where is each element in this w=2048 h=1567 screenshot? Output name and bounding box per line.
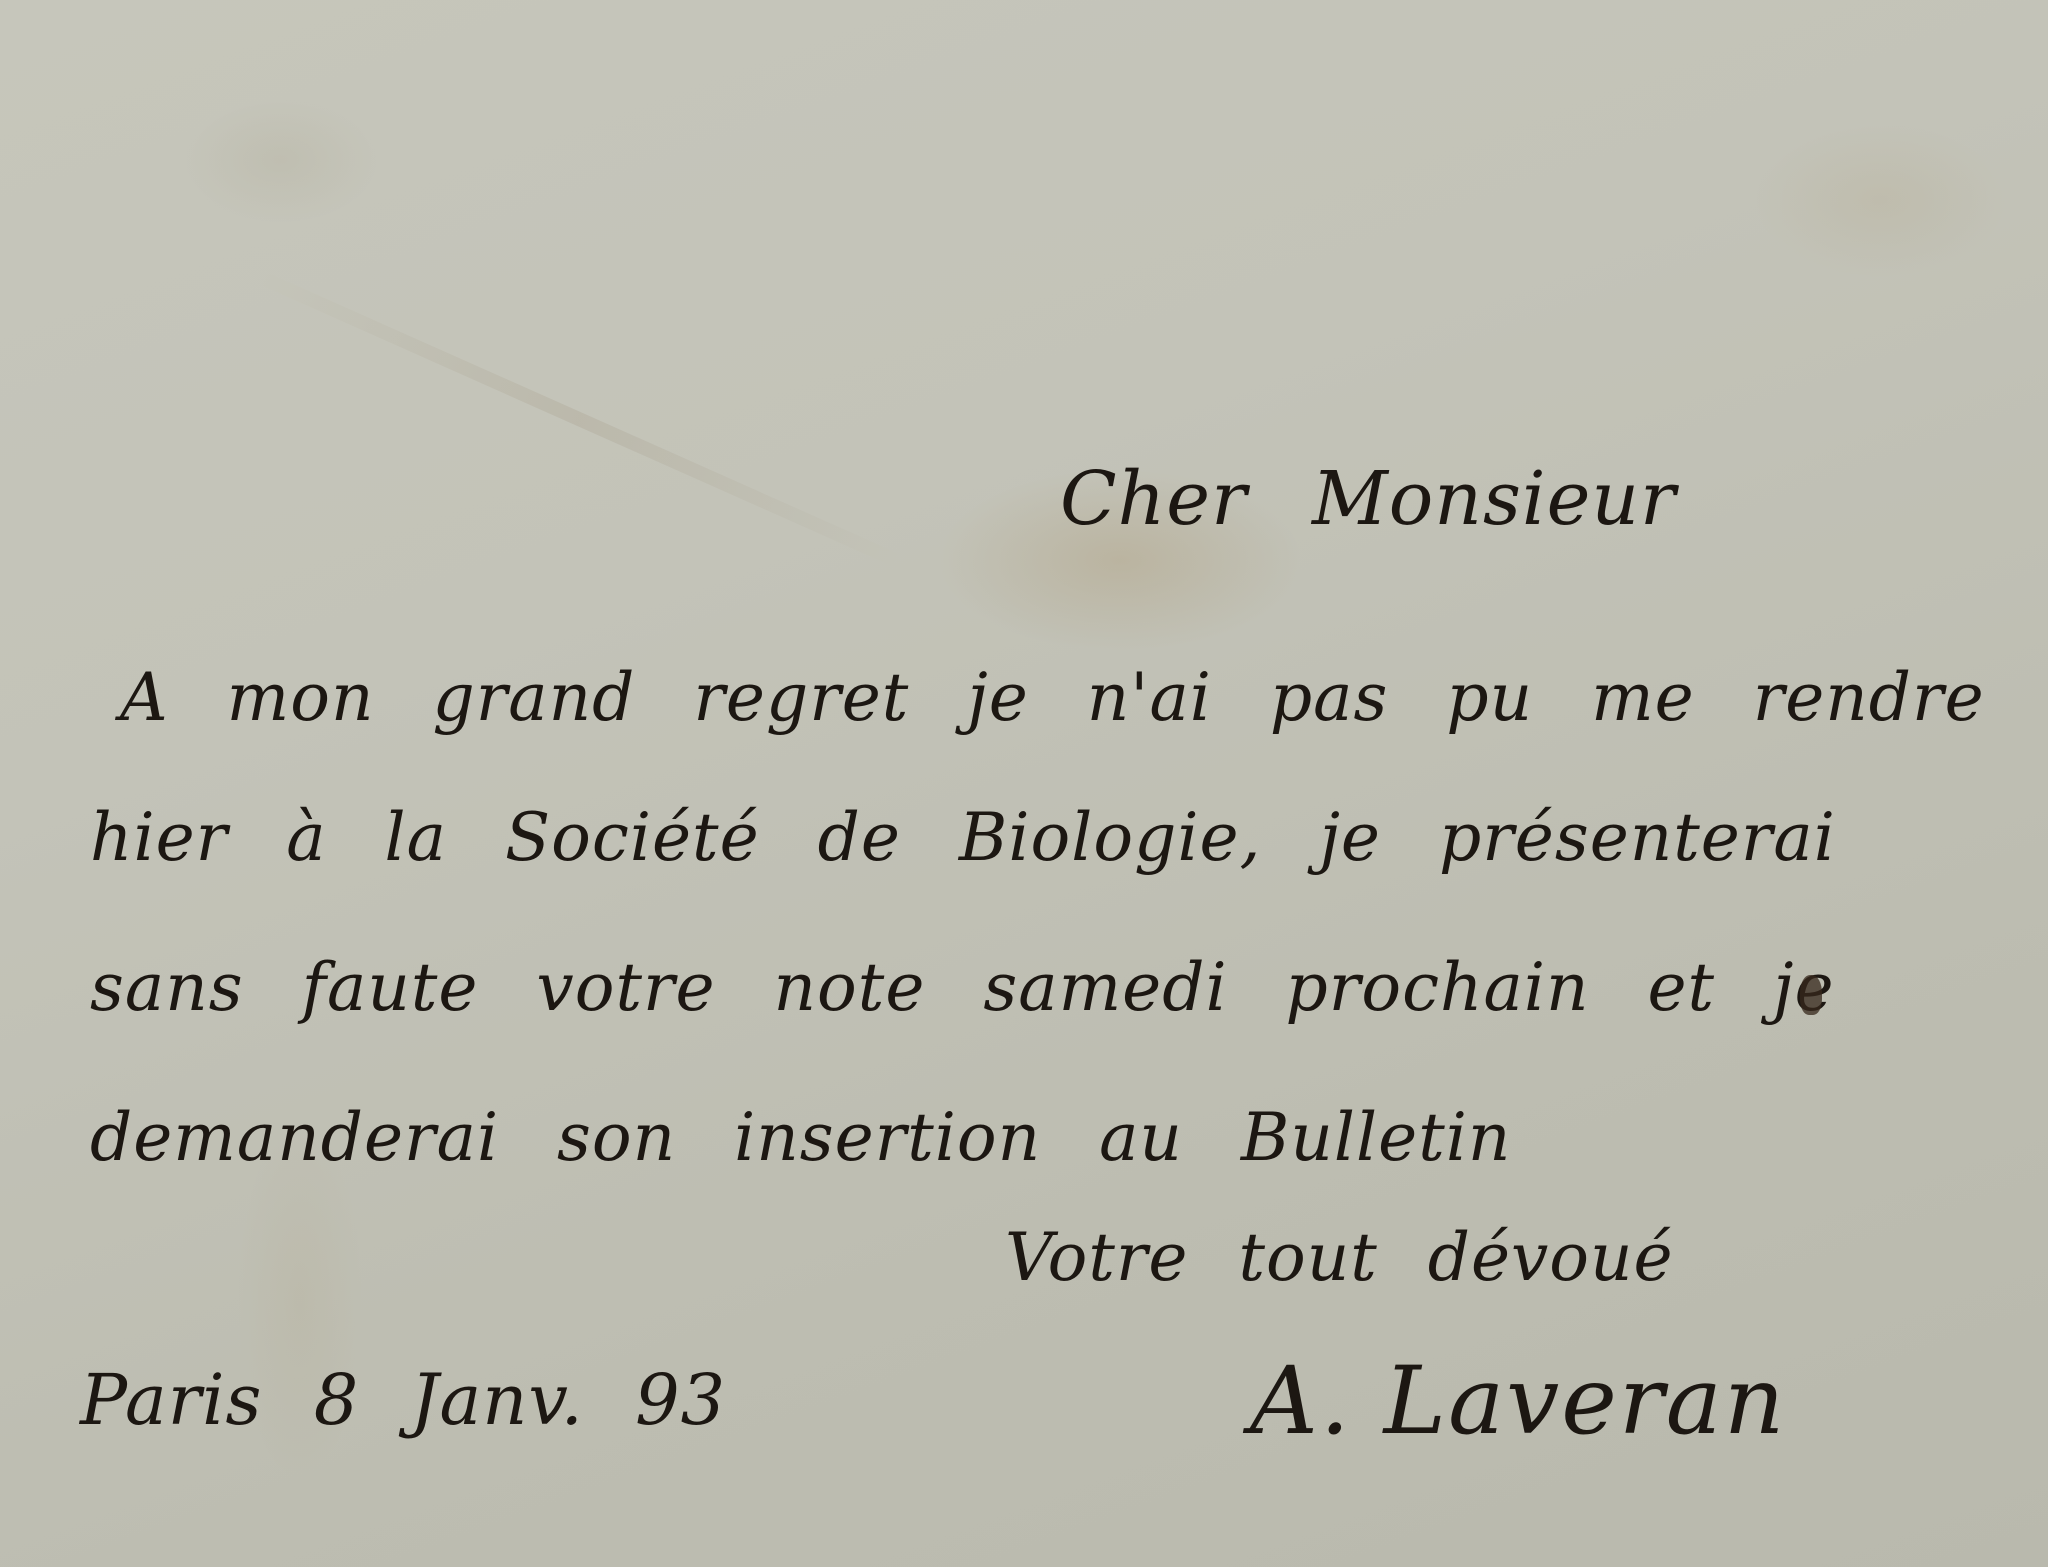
paper-stain (257, 271, 902, 569)
ink-blot (1800, 975, 1822, 1015)
body-line-2: hier à la Société de Biologie, je présen… (90, 805, 1836, 871)
closing: Votre tout dévoué (1005, 1225, 1674, 1291)
body-line-4: demanderai son insertion au Bulletin (90, 1105, 1511, 1171)
place-date: Paris 8 Janv. 93 (80, 1365, 726, 1435)
body-line-3: sans faute votre note samedi prochain et… (90, 955, 1835, 1021)
letter-paper: Cher Monsieur A mon grand regret je n'ai… (0, 0, 2048, 1567)
signature: A. Laveran (1250, 1355, 1786, 1449)
salutation: Cher Monsieur (1060, 462, 1676, 536)
body-line-1: A mon grand regret je n'ai pas pu me ren… (120, 665, 1985, 731)
